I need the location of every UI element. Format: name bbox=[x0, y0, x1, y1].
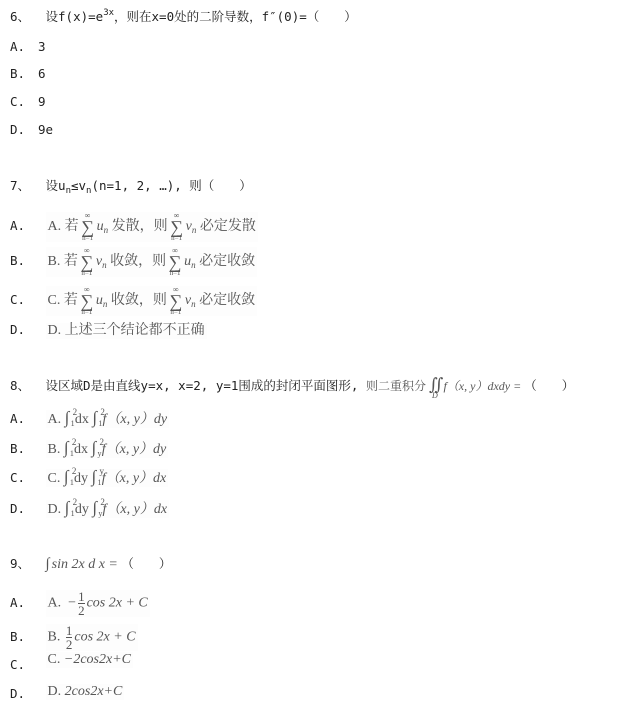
text: 若 bbox=[64, 254, 78, 269]
integral-icon: ∫21 bbox=[92, 410, 97, 426]
stem-text: ≤v bbox=[71, 178, 86, 193]
question-number: 9、 bbox=[10, 556, 38, 572]
text: 则二重积分 bbox=[366, 379, 426, 393]
option-label: D. bbox=[10, 122, 38, 138]
text: 必定发散 bbox=[200, 219, 256, 234]
option-formula-image: A. 若∞∑n=1un 发散，则∞∑n=1vn 必定发散 bbox=[46, 212, 258, 242]
summation-icon: ∞∑n=1 bbox=[81, 212, 95, 242]
text: 若 bbox=[65, 219, 79, 234]
inner-label: A. bbox=[48, 596, 62, 611]
question-number: 7、 bbox=[10, 178, 38, 194]
option-label: B. bbox=[10, 629, 38, 645]
option-text: 9 bbox=[38, 94, 46, 109]
subscript: n bbox=[103, 299, 108, 309]
integral-icon: ∫2y bbox=[92, 500, 97, 516]
inner-label: D. bbox=[48, 502, 62, 517]
integrand: f（x, y）dx bbox=[102, 471, 167, 486]
option-formula-image: D. 上述三个结论都不正确 bbox=[46, 323, 207, 339]
summation-icon: ∞∑n=1 bbox=[168, 247, 182, 277]
integral-icon: ∫ bbox=[46, 556, 50, 572]
option-formula-image: D. ∫21 dy ∫2y f（x, y）dx bbox=[46, 500, 170, 518]
question-9-option-a[interactable]: A. A. −12cos 2x + C bbox=[10, 590, 150, 617]
stem-text: 设f(x)=e bbox=[46, 9, 104, 24]
inner-label: D. bbox=[48, 323, 62, 338]
stem-text: ，则在x=0处的二阶导数，f″(0)=（ ） bbox=[114, 9, 357, 24]
option-formula-image: D. 2cos2x+C bbox=[46, 684, 125, 700]
summation-icon: ∞∑n=1 bbox=[80, 247, 94, 277]
text: 必定收敛 bbox=[199, 293, 255, 308]
term: u bbox=[97, 219, 104, 234]
subscript: n bbox=[192, 225, 197, 235]
question-7-option-b[interactable]: B. B. 若∞∑n=1vn 收敛，则∞∑n=1un 必定收敛 bbox=[10, 247, 257, 277]
text: 收敛，则 bbox=[110, 254, 166, 269]
question-6-option-c[interactable]: C.9 bbox=[10, 94, 46, 110]
question-number: 6、 bbox=[10, 9, 38, 25]
question-7-option-a[interactable]: A. A. 若∞∑n=1un 发散，则∞∑n=1vn 必定发散 bbox=[10, 212, 258, 242]
option-formula-image: A. ∫21 dx ∫21 f（x, y）dy bbox=[46, 410, 170, 428]
option-formula-image: C. 若∞∑n=1un 收敛，则∞∑n=1vn 必定收敛 bbox=[46, 286, 258, 316]
option-label: A. bbox=[10, 595, 38, 611]
question-7-stem: 7、 设un≤vn(n=1, 2, …), 则（ ） bbox=[10, 178, 252, 194]
integral-icon: ∫21 bbox=[64, 440, 69, 456]
option-formula-image: B. 若∞∑n=1vn 收敛，则∞∑n=1un 必定收敛 bbox=[46, 247, 258, 277]
integral-icon: ∫2y bbox=[92, 440, 97, 456]
text: 发散，则 bbox=[112, 219, 168, 234]
integrand: f（x, y）dx bbox=[103, 502, 168, 517]
question-8-option-b[interactable]: B. B. ∫21 dx ∫2y f（x, y）dy bbox=[10, 440, 168, 458]
subscript: n bbox=[104, 225, 109, 235]
option-label: A. bbox=[10, 39, 38, 55]
answer-blank: （ ） bbox=[524, 378, 574, 393]
stem-text: 设u bbox=[46, 178, 66, 193]
option-label: B. bbox=[10, 66, 38, 82]
option-text: 9e bbox=[38, 122, 53, 137]
summation-icon: ∞∑n=1 bbox=[80, 286, 94, 316]
option-label: C. bbox=[10, 657, 38, 673]
inner-label: A. bbox=[48, 219, 62, 234]
integral-icon: ∫y1 bbox=[92, 469, 97, 485]
expression: cos 2x + C bbox=[74, 630, 135, 645]
inner-label: B. bbox=[48, 442, 61, 457]
integral-icon: ∫21 bbox=[64, 469, 69, 485]
option-text: 上述三个结论都不正确 bbox=[65, 323, 205, 338]
subscript: n bbox=[102, 260, 107, 270]
question-6-option-b[interactable]: B.6 bbox=[10, 66, 46, 82]
text: 若 bbox=[64, 293, 78, 308]
option-formula-image: C. ∫21 dy ∫y1 f（x, y）dx bbox=[46, 469, 169, 487]
option-text: 3 bbox=[38, 39, 46, 54]
inner-label: C. bbox=[48, 471, 61, 486]
question-8-option-a[interactable]: A. A. ∫21 dx ∫21 f（x, y）dy bbox=[10, 410, 169, 428]
option-label: C. bbox=[10, 94, 38, 110]
integral-icon: ∫21 bbox=[65, 410, 70, 426]
inner-label: C. bbox=[48, 652, 61, 667]
expression: cos 2x + C bbox=[87, 596, 148, 611]
expression: 2cos2x+C bbox=[65, 684, 123, 699]
option-label: B. bbox=[10, 253, 38, 269]
integral-icon: ∫21 bbox=[65, 500, 70, 516]
option-label: D. bbox=[10, 322, 38, 338]
inner-label: B. bbox=[48, 254, 61, 269]
question-8-option-c[interactable]: C. C. ∫21 dy ∫y1 f（x, y）dx bbox=[10, 469, 168, 487]
inner-label: D. bbox=[48, 684, 62, 699]
integrand: f（x, y）dy bbox=[102, 442, 167, 457]
exponent: 3x bbox=[103, 8, 114, 18]
question-9-option-d[interactable]: D. D. 2cos2x+C bbox=[10, 686, 124, 703]
stem-text: (n=1, 2, …), 则（ ） bbox=[91, 178, 251, 193]
term: u bbox=[96, 293, 103, 308]
option-formula-image: A. −12cos 2x + C bbox=[46, 590, 150, 617]
stem-formula-image: ∫sin 2x d x = bbox=[46, 557, 122, 572]
integrand: f（x, y）dxdy = bbox=[443, 379, 521, 393]
subscript: n bbox=[191, 299, 196, 309]
option-label: C. bbox=[10, 470, 38, 486]
option-label: A. bbox=[10, 218, 38, 234]
question-8-stem: 8、 设区域D是由直线y=x, x=2, y=1围成的封闭平面图形, 则二重积分… bbox=[10, 377, 574, 394]
fraction: 12 bbox=[66, 624, 73, 651]
summation-icon: ∞∑n=1 bbox=[169, 286, 183, 316]
stem-text: 设区域D是由直线y=x, x=2, y=1围成的封闭平面图形, bbox=[46, 378, 359, 393]
inner-label: A. bbox=[48, 412, 62, 427]
question-6-option-d[interactable]: D.9e bbox=[10, 122, 53, 138]
option-formula-image: B. 12cos 2x + C bbox=[46, 624, 138, 651]
option-formula-image: C. −2cos2x+C bbox=[46, 652, 133, 668]
question-8-option-d[interactable]: D. D. ∫21 dy ∫2y f（x, y）dx bbox=[10, 500, 169, 518]
integrand: sin 2x d x = bbox=[52, 557, 118, 572]
option-formula-image: B. ∫21 dx ∫2y f（x, y）dy bbox=[46, 440, 169, 458]
fraction: 12 bbox=[78, 590, 85, 617]
question-number: 8、 bbox=[10, 378, 38, 394]
expression: −2cos2x+C bbox=[64, 652, 131, 667]
option-label: C. bbox=[10, 292, 38, 308]
stem-formula-image: 则二重积分 ∬Df（x, y）dxdy = bbox=[366, 379, 524, 393]
double-integral-icon: ∬D bbox=[429, 375, 443, 394]
question-9-option-c[interactable]: C. C. −2cos2x+C bbox=[10, 657, 133, 674]
summation-icon: ∞∑n=1 bbox=[170, 212, 184, 242]
option-label: D. bbox=[10, 686, 38, 702]
option-label: A. bbox=[10, 411, 38, 427]
option-label: D. bbox=[10, 501, 38, 517]
answer-blank: （ ） bbox=[121, 556, 171, 571]
inner-label: C. bbox=[48, 293, 61, 308]
question-7-option-c[interactable]: C. C. 若∞∑n=1un 收敛，则∞∑n=1vn 必定收敛 bbox=[10, 286, 257, 316]
integrand: f（x, y）dy bbox=[103, 412, 168, 427]
question-9-option-b[interactable]: B. B. 12cos 2x + C bbox=[10, 624, 138, 651]
sign: − bbox=[68, 596, 76, 611]
question-6-stem: 6、 设f(x)=e3x，则在x=0处的二阶导数，f″(0)=（ ） bbox=[10, 9, 357, 25]
text: 必定收敛 bbox=[199, 254, 255, 269]
text: 收敛，则 bbox=[111, 293, 167, 308]
inner-label: B. bbox=[48, 630, 61, 645]
question-9-stem: 9、 ∫sin 2x d x = （ ） bbox=[10, 556, 171, 573]
option-label: B. bbox=[10, 441, 38, 457]
option-text: 6 bbox=[38, 66, 46, 81]
question-6-option-a[interactable]: A.3 bbox=[10, 39, 46, 55]
subscript: n bbox=[191, 260, 196, 270]
question-7-option-d[interactable]: D. D. 上述三个结论都不正确 bbox=[10, 322, 207, 339]
